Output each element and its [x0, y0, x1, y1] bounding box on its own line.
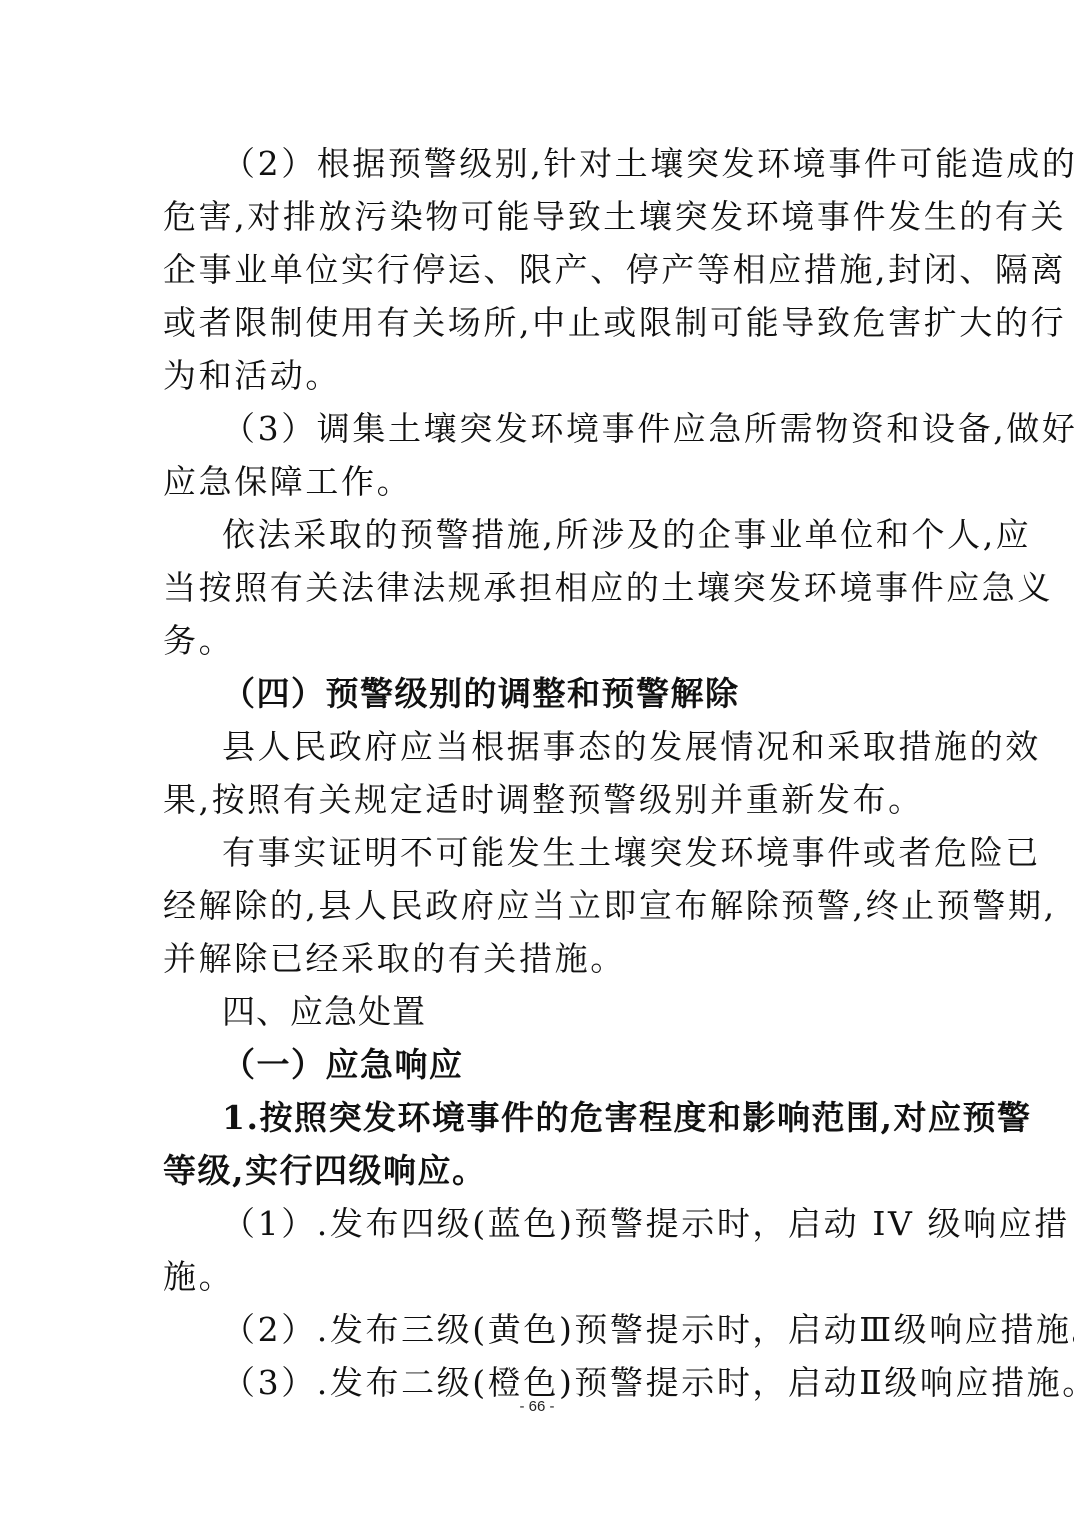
paragraph-line: 或者限制使用有关场所,中止或限制可能导致危害扩大的行 — [163, 296, 1066, 349]
list-item: （1）.发布四级(蓝色)预警提示时，启动 IV 级响应措 — [222, 1197, 1070, 1250]
paragraph-line: 企事业单位实行停运、限产、停产等相应措施,封闭、隔离 — [163, 243, 1066, 296]
section-heading: （四）预警级别的调整和预警解除 — [222, 667, 740, 720]
paragraph-line: 当按照有关法律法规承担相应的土壤突发环境事件应急义 — [163, 561, 1053, 614]
paragraph-line: 应急保障工作。 — [163, 455, 412, 508]
paragraph-line: （2）根据预警级别,针对土壤突发环境事件可能造成的 — [222, 137, 1074, 190]
subsection-heading: 等级,实行四级响应。 — [163, 1144, 487, 1197]
paragraph-line: （3）调集土壤突发环境事件应急所需物资和设备,做好 — [222, 402, 1074, 455]
page-number: - 66 - — [0, 1398, 1074, 1415]
paragraph-line: 县人民政府应当根据事态的发展情况和采取措施的效 — [222, 720, 1041, 773]
paragraph-line: 危害,对排放污染物可能导致土壤突发环境事件发生的有关 — [163, 190, 1066, 243]
paragraph-line: 果,按照有关规定适时调整预警级别并重新发布。 — [163, 773, 924, 826]
chapter-heading: 四、应急处置 — [222, 985, 426, 1038]
paragraph-line: 务。 — [163, 614, 234, 667]
paragraph-line: 有事实证明不可能发生土壤突发环境事件或者危险已 — [222, 826, 1041, 879]
section-heading: （一）应急响应 — [222, 1038, 464, 1091]
list-item: 施。 — [163, 1250, 234, 1303]
paragraph-line: 为和活动。 — [163, 349, 341, 402]
paragraph-line: 依法采取的预警措施,所涉及的企事业单位和个人,应 — [222, 508, 1031, 561]
list-item: （2）.发布三级(黄色)预警提示时，启动Ⅲ级响应措施。 — [222, 1303, 1074, 1356]
subsection-heading: 1.按照突发环境事件的危害程度和影响范围,对应预警 — [222, 1091, 1031, 1144]
paragraph-line: 并解除已经采取的有关措施。 — [163, 932, 626, 985]
paragraph-line: 经解除的,县人民政府应当立即宣布解除预警,终止预警期, — [163, 879, 1057, 932]
